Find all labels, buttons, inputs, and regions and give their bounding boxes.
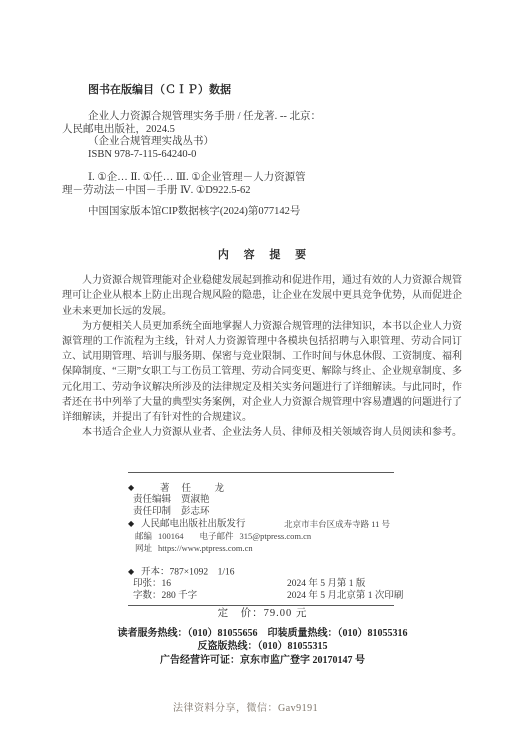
diamond-bullet-icon: ◆: [128, 518, 141, 530]
email-label: 电子邮件: [200, 531, 234, 541]
postcode-label: 邮编: [135, 531, 152, 541]
sheets-edition-row: 印张：162024 年 5 月第 1 版: [128, 579, 396, 591]
website-label: 网址: [135, 543, 152, 553]
abstract-paragraph-2: 为方便相关人员更加系统全面地掌握人力资源合规管理的法律知识，本书以企业人力资源管…: [62, 319, 462, 425]
website-row: 网址https://www.ptpress.com.cn: [135, 543, 396, 554]
author-name: 任 龙: [182, 484, 232, 494]
cip-title-line: 企业人力资源合规管理实务手册 / 任龙著. -- 北京：: [88, 111, 464, 124]
author-label: 著: [160, 484, 170, 494]
book-copyright-page: 图书在版编目（ＣＩＰ）数据 企业人力资源合规管理实务手册 / 任龙著. -- 北…: [0, 0, 525, 738]
printer-name: 彭志环: [181, 507, 210, 517]
printer-row: 责任印制彭志环: [133, 507, 396, 519]
cip-section: 图书在版编目（ＣＩＰ）数据 企业人力资源合规管理实务手册 / 任龙著. -- 北…: [62, 84, 464, 218]
author-row: ◆著任 龙: [128, 482, 396, 495]
email-value: 315@ptpress.com.cn: [240, 531, 312, 541]
price-section: 定 价：79.00 元 读者服务热线：（010）81055656 印装质量热线：…: [100, 607, 425, 667]
words-line: 字数：280 千字: [133, 591, 287, 603]
abstract-section: 内 容 提 要 人力资源合规管理能对企业稳健发展起到推动和促进作用，通过有效的人…: [62, 248, 462, 440]
editor-name: 贾淑艳: [181, 495, 210, 505]
diamond-bullet-icon: ◆: [128, 482, 141, 494]
reader-hotline-line: 读者服务热线：（010）81055656 印装质量热线：（010）8105531…: [100, 627, 425, 640]
diamond-bullet-icon: ◆: [128, 566, 141, 578]
price-line: 定 价：79.00 元: [100, 607, 425, 621]
postcode-value: 100164: [158, 531, 184, 541]
publisher-address: 北京市丰台区成寿寺路 11 号: [284, 519, 396, 531]
format-row: ◆开本：787×1092 1/16: [128, 566, 396, 579]
editor-row: 责任编辑贾淑艳: [133, 495, 396, 507]
abstract-paragraph-3: 本书适合企业人力资源从业者、企业法务人员、律师及相关领域咨询人员阅读和参考。: [62, 425, 462, 440]
edition-line: 2024 年 5 月第 1 版: [287, 579, 365, 589]
website-value: https://www.ptpress.com.cn: [158, 543, 253, 553]
publisher-line: ◆人民邮电出版社出版发行: [128, 518, 246, 531]
divider-rule-bottom: [128, 605, 394, 606]
cip-classification-line-1: Ⅰ. ①企… Ⅱ. ①任… Ⅲ. ①企业管理－人力资源管: [88, 172, 464, 185]
colophon-section: ◆著任 龙 责任编辑贾淑艳 责任印制彭志环 ◆人民邮电出版社出版发行 北京市丰台…: [128, 482, 396, 602]
words-impression-row: 字数：280 千字2024 年 5 月北京第 1 次印刷: [128, 591, 396, 603]
impression-line: 2024 年 5 月北京第 1 次印刷: [287, 591, 403, 601]
format-line: 开本：787×1092 1/16: [141, 568, 235, 578]
printer-label: 责任印制: [133, 507, 171, 517]
cip-isbn-line: ISBN 978-7-115-64240-0: [88, 149, 464, 162]
editor-label: 责任编辑: [133, 495, 171, 505]
watermark-note: 法律资料分享，微信：Gav9191: [173, 699, 318, 714]
postcode-email-row: 邮编100164电子邮件315@ptpress.com.cn: [135, 531, 396, 542]
abstract-paragraph-1: 人力资源合规管理能对企业稳健发展起到推动和促进作用，通过有效的人力资源合规管理可…: [62, 273, 462, 319]
cip-series-line: （企业合规管理实战丛书）: [88, 136, 464, 149]
publisher-name: 人民邮电出版社出版发行: [141, 520, 246, 530]
ad-license-line: 广告经营许可证：京东市监广登字 20170147 号: [100, 654, 425, 667]
cip-publisher-line: 人民邮电出版社，2024.5: [62, 124, 464, 137]
abstract-heading: 内 容 提 要: [62, 248, 462, 263]
divider-rule-top: [128, 472, 394, 473]
sheets-line: 印张：16: [133, 579, 287, 591]
cip-classification-line-2: 理－劳动法－中国－手册 Ⅳ. ①D922.5-62: [62, 185, 464, 198]
cip-record-number-line: 中国国家版本馆CIP数据核字(2024)第077142号: [88, 206, 464, 219]
antipiracy-hotline-line: 反盗版热线：（010）81055315: [100, 640, 425, 653]
publisher-row: ◆人民邮电出版社出版发行 北京市丰台区成寿寺路 11 号: [128, 518, 396, 531]
cip-heading: 图书在版编目（ＣＩＰ）数据: [88, 84, 464, 97]
